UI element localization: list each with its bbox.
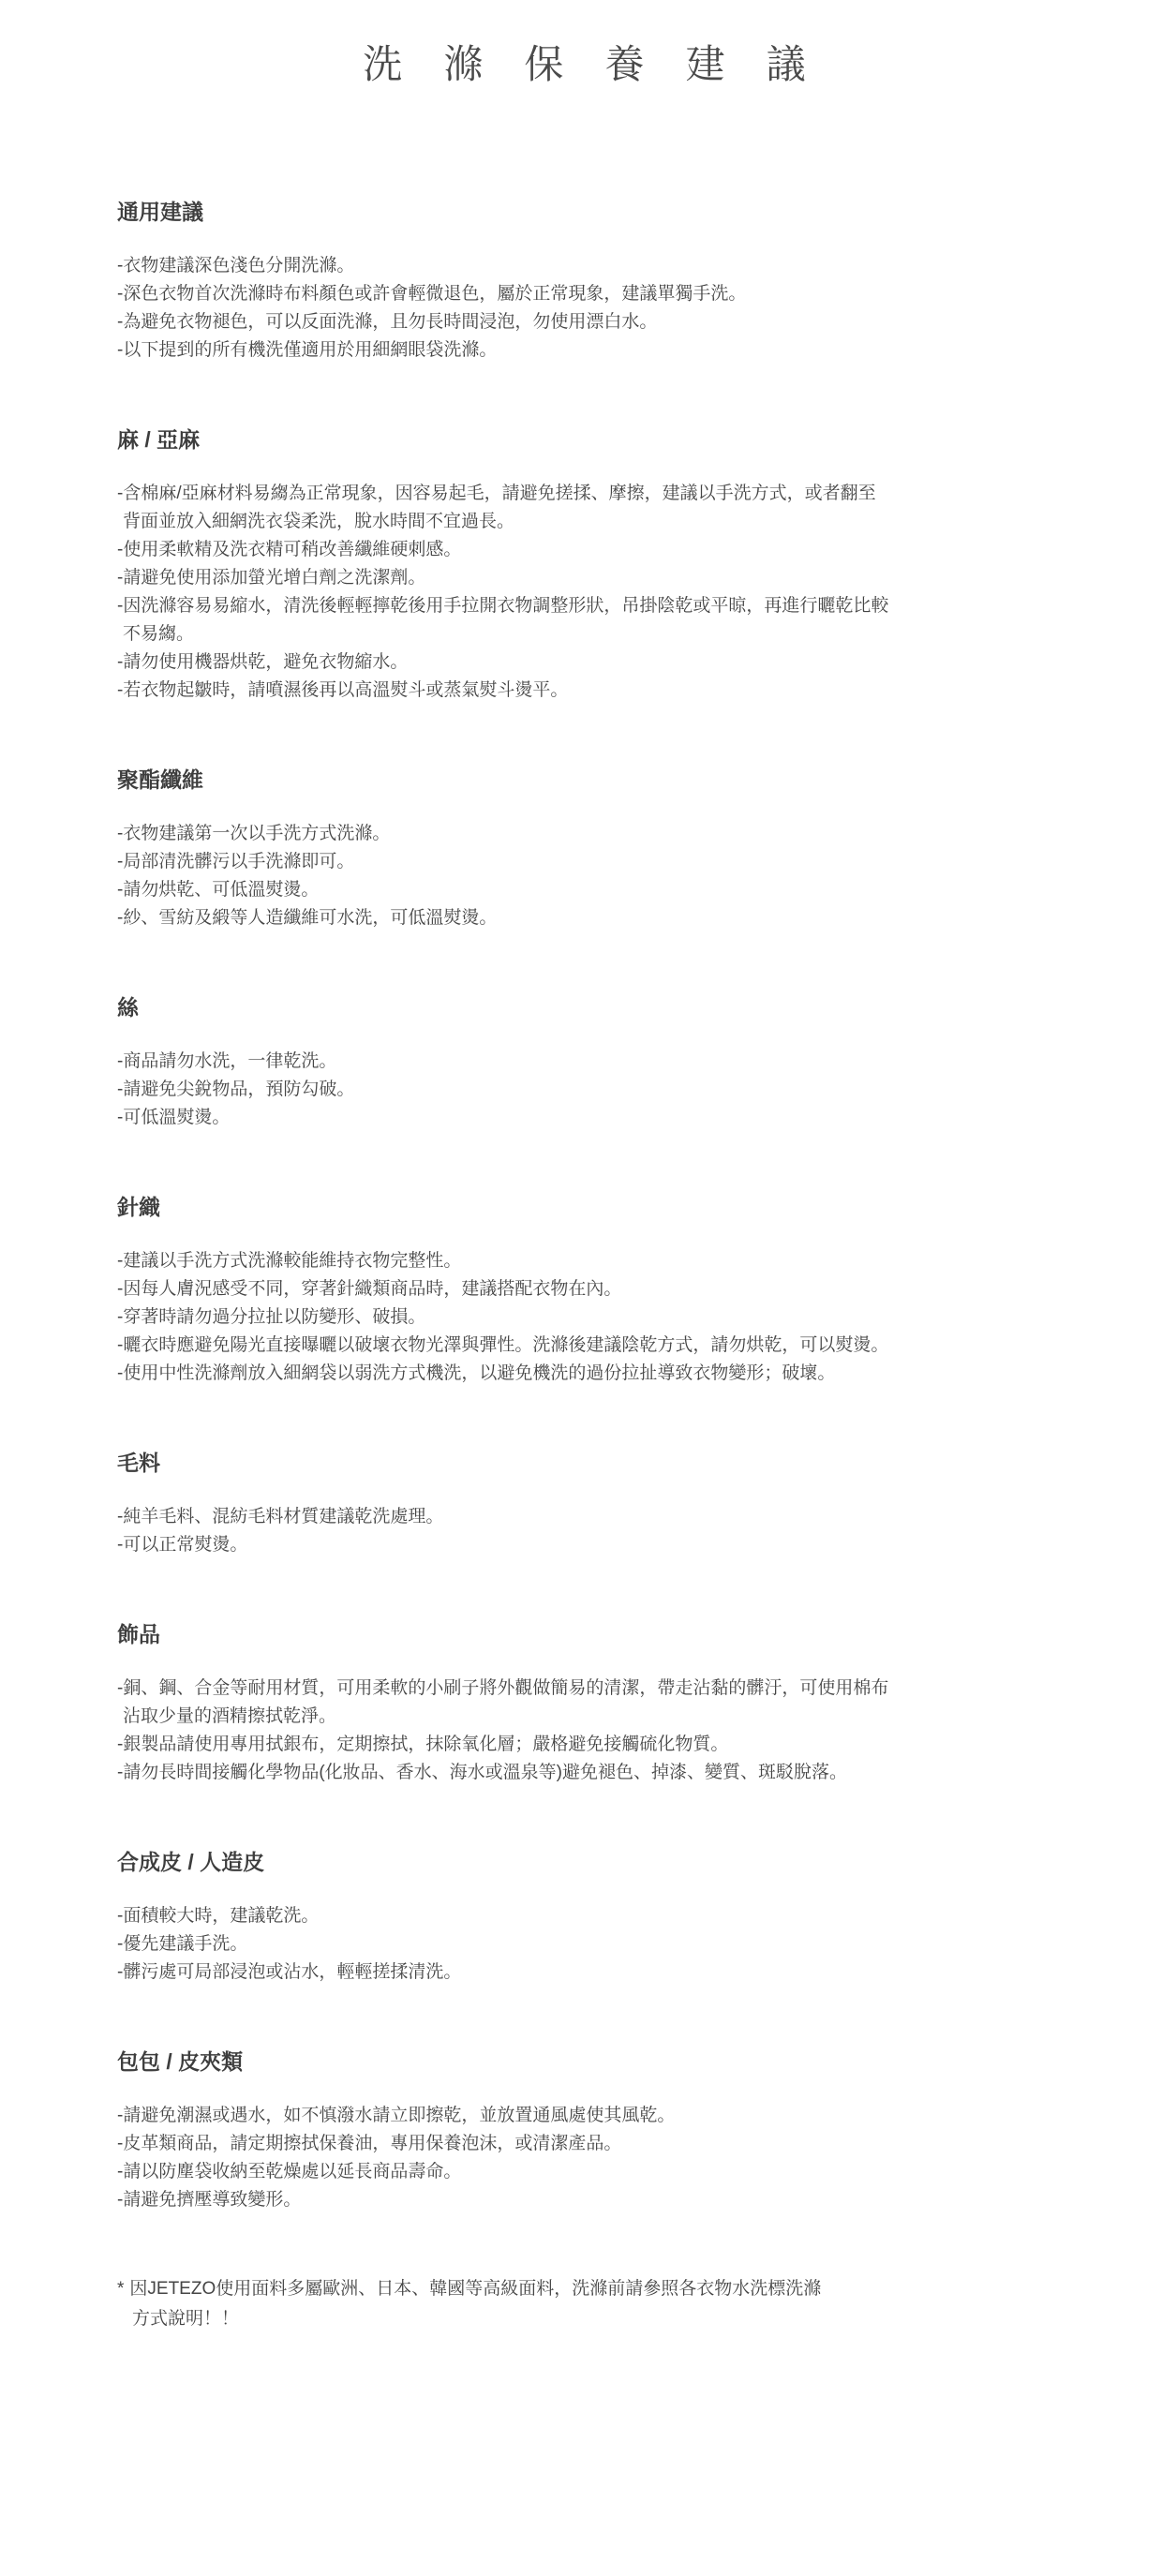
footnote-text-1: 因JETEZO使用面料多屬歐洲、日本、韓國等高級面料，洗滌前請參照各衣物水洗標洗…: [129, 2279, 821, 2299]
care-line: 背面並放入細網洗衣袋柔洗，脫水時間不宜過長。: [117, 508, 1051, 536]
care-line: -請避免尖銳物品，預防勾破。: [117, 1076, 1051, 1104]
section-heading: 通用建議: [117, 197, 1051, 227]
care-line: -優先建議手洗。: [117, 1930, 1051, 1958]
care-line: -請勿使用機器烘乾，避免衣物縮水。: [117, 648, 1051, 677]
section-heading: 針織: [117, 1192, 1051, 1222]
care-line: 沾取少量的酒精擦拭乾淨。: [117, 1703, 1051, 1731]
footnote-marker: *: [117, 2279, 124, 2299]
care-line: -商品請勿水洗，一律乾洗。: [117, 1048, 1051, 1076]
care-line: -衣物建議深色淺色分開洗滌。: [117, 252, 1051, 280]
care-line: -純羊毛料、混紡毛料材質建議乾洗處理。: [117, 1503, 1051, 1531]
sections: 通用建議-衣物建議深色淺色分開洗滌。-深色衣物首次洗滌時布料顏色或許會輕微退色，…: [117, 197, 1051, 2214]
care-line: -局部清洗髒污以手洗滌即可。: [117, 848, 1051, 876]
section-heading: 毛料: [117, 1448, 1051, 1478]
care-line: -含棉麻/亞麻材料易縐為正常現象，因容易起毛，請避免搓揉、摩擦，建議以手洗方式，…: [117, 480, 1051, 508]
care-line: -穿著時請勿過分拉扯以防變形、破損。: [117, 1303, 1051, 1332]
footnote-line-1: *因JETEZO使用面料多屬歐洲、日本、韓國等高級面料，洗滌前請參照各衣物水洗標…: [117, 2274, 1051, 2304]
page-title: 洗滌保養建議: [117, 41, 1051, 88]
care-line: -請避免潮濕或遇水，如不慎潑水請立即擦乾，並放置通風處使其風乾。: [117, 2102, 1051, 2130]
care-section: 合成皮 / 人造皮-面積較大時，建議乾洗。-優先建議手洗。-髒污處可局部浸泡或沾…: [117, 1847, 1051, 1987]
section-heading: 飾品: [117, 1619, 1051, 1649]
section-heading: 絲: [117, 992, 1051, 1022]
care-line: -可以正常熨燙。: [117, 1531, 1051, 1559]
care-line: -為避免衣物褪色，可以反面洗滌，且勿長時間浸泡，勿使用漂白水。: [117, 308, 1051, 336]
care-line: -深色衣物首次洗滌時布料顏色或許會輕微退色，屬於正常現象，建議單獨手洗。: [117, 280, 1051, 308]
care-line: -請勿長時間接觸化學物品(化妝品、香水、海水或溫泉等)避免褪色、掉漆、變質、斑駁…: [117, 1759, 1051, 1787]
care-section: 麻 / 亞麻-含棉麻/亞麻材料易縐為正常現象，因容易起毛，請避免搓揉、摩擦，建議…: [117, 424, 1051, 705]
care-section: 絲-商品請勿水洗，一律乾洗。-請避免尖銳物品，預防勾破。-可低溫熨燙。: [117, 992, 1051, 1132]
care-line: -使用柔軟精及洗衣精可稍改善纖維硬刺感。: [117, 536, 1051, 564]
care-line: -請以防塵袋收納至乾燥處以延長商品壽命。: [117, 2158, 1051, 2186]
care-line: -若衣物起皺時，請噴濕後再以高溫熨斗或蒸氣熨斗燙平。: [117, 677, 1051, 705]
care-line: -銅、鋼、合金等耐用材質，可用柔軟的小刷子將外觀做簡易的清潔，帶走沾黏的髒汙，可…: [117, 1675, 1051, 1703]
footnote: *因JETEZO使用面料多屬歐洲、日本、韓國等高級面料，洗滌前請參照各衣物水洗標…: [117, 2274, 1051, 2334]
care-line: -請勿烘乾、可低溫熨燙。: [117, 876, 1051, 904]
care-line: -銀製品請使用專用拭銀布，定期擦拭，抹除氧化層；嚴格避免接觸硫化物質。: [117, 1731, 1051, 1759]
care-line: -可低溫熨燙。: [117, 1104, 1051, 1132]
care-line: -使用中性洗滌劑放入細網袋以弱洗方式機洗，以避免機洗的過份拉扯導致衣物變形；破壞…: [117, 1360, 1051, 1388]
footnote-line-2: 方式說明！！: [117, 2304, 1051, 2334]
care-section: 包包 / 皮夾類-請避免潮濕或遇水，如不慎潑水請立即擦乾，並放置通風處使其風乾。…: [117, 2047, 1051, 2214]
care-line: -皮革類商品，請定期擦拭保養油，專用保養泡沫，或清潔產品。: [117, 2130, 1051, 2158]
care-line: 不易縐。: [117, 620, 1051, 648]
care-section: 針織-建議以手洗方式洗滌較能維持衣物完整性。-因每人膚況感受不同，穿著針織類商品…: [117, 1192, 1051, 1388]
care-line: -曬衣時應避免陽光直接曝曬以破壞衣物光澤與彈性。洗滌後建議陰乾方式，請勿烘乾，可…: [117, 1332, 1051, 1360]
care-section: 通用建議-衣物建議深色淺色分開洗滌。-深色衣物首次洗滌時布料顏色或許會輕微退色，…: [117, 197, 1051, 365]
care-section: 毛料-純羊毛料、混紡毛料材質建議乾洗處理。-可以正常熨燙。: [117, 1448, 1051, 1559]
section-heading: 麻 / 亞麻: [117, 424, 1051, 454]
care-line: -衣物建議第一次以手洗方式洗滌。: [117, 820, 1051, 848]
care-section: 飾品-銅、鋼、合金等耐用材質，可用柔軟的小刷子將外觀做簡易的清潔，帶走沾黏的髒汙…: [117, 1619, 1051, 1787]
care-line: -因洗滌容易易縮水，清洗後輕輕擰乾後用手拉開衣物調整形狀，吊掛陰乾或平晾，再進行…: [117, 592, 1051, 620]
care-line: -請避免使用添加螢光增白劑之洗潔劑。: [117, 564, 1051, 592]
care-line: -請避免擠壓導致變形。: [117, 2186, 1051, 2214]
care-line: -髒污處可局部浸泡或沾水，輕輕搓揉清洗。: [117, 1958, 1051, 1987]
section-heading: 聚酯纖維: [117, 765, 1051, 795]
care-line: -紗、雪紡及緞等人造纖維可水洗，可低溫熨燙。: [117, 904, 1051, 932]
care-line: -因每人膚況感受不同，穿著針織類商品時，建議搭配衣物在內。: [117, 1275, 1051, 1303]
section-heading: 包包 / 皮夾類: [117, 2047, 1051, 2077]
care-line: -建議以手洗方式洗滌較能維持衣物完整性。: [117, 1247, 1051, 1275]
care-line: -面積較大時，建議乾洗。: [117, 1902, 1051, 1930]
care-instructions-page: 洗滌保養建議 通用建議-衣物建議深色淺色分開洗滌。-深色衣物首次洗滌時布料顏色或…: [0, 0, 1162, 2576]
section-heading: 合成皮 / 人造皮: [117, 1847, 1051, 1877]
care-line: -以下提到的所有機洗僅適用於用細網眼袋洗滌。: [117, 336, 1051, 365]
care-section: 聚酯纖維-衣物建議第一次以手洗方式洗滌。-局部清洗髒污以手洗滌即可。-請勿烘乾、…: [117, 765, 1051, 932]
